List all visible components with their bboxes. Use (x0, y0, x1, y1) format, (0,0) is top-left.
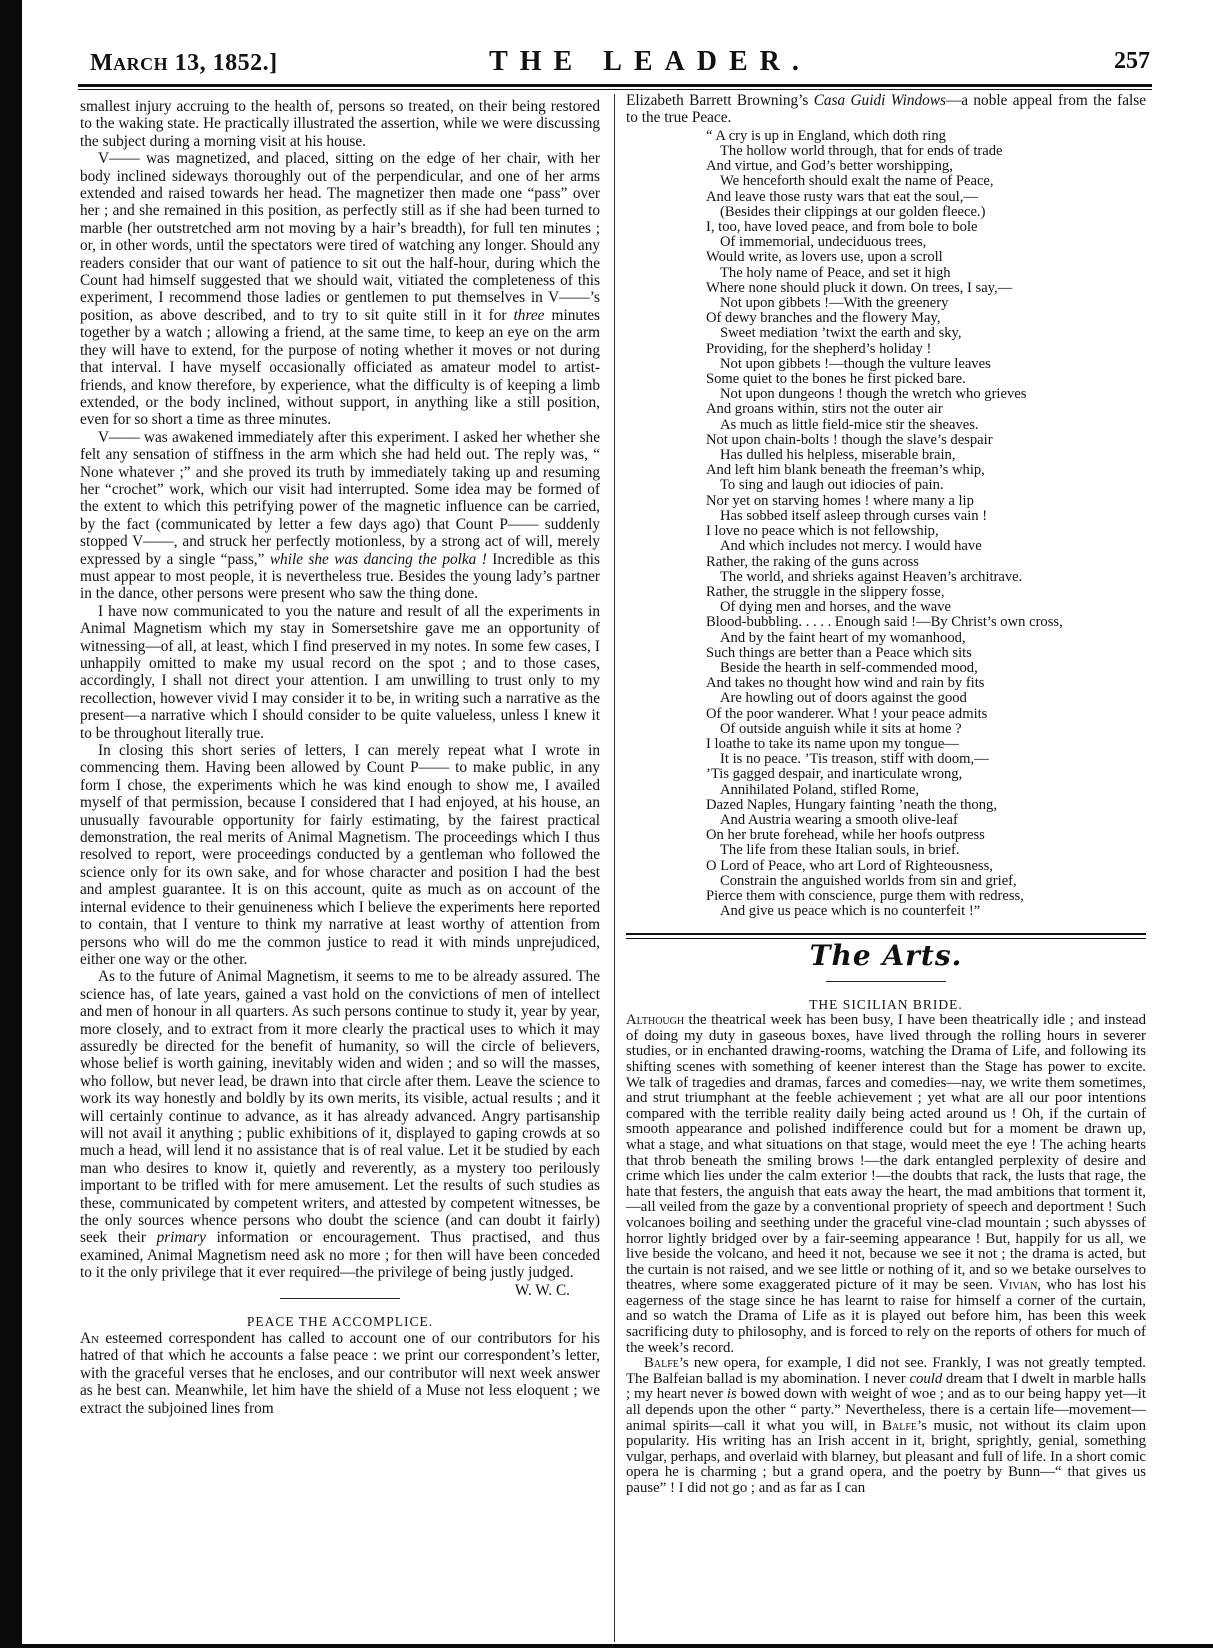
poem-line: O Lord of Peace, who art Lord of Righteo… (706, 859, 1146, 874)
poem-line: It is no peace. ’Tis treason, stiff with… (706, 752, 1146, 767)
poem-line: (Besides their clippings at our golden f… (706, 205, 1146, 220)
scan-bottom-edge (0, 1644, 1213, 1648)
date-rest: 13, 1852.] (168, 50, 278, 76)
poem-line: Rather, the struggle in the slippery fos… (706, 585, 1146, 600)
date-smallcaps: ARCH (113, 54, 168, 74)
poem-line: The world, and shrieks against Heaven’s … (706, 570, 1146, 585)
poem-line: Not upon gibbets !—With the greenery (706, 296, 1146, 311)
poem-line: Dazed Naples, Hungary fainting ’neath th… (706, 798, 1146, 813)
article-heading-peace: PEACE THE ACCOMPLICE. (80, 1313, 600, 1330)
poem-line: And Austria wearing a smooth olive-leaf (706, 813, 1146, 828)
poem-line: Would write, as lovers use, upon a scrol… (706, 250, 1146, 265)
poem-line: Not upon gibbets !—though the vulture le… (706, 357, 1146, 372)
masthead-rule (78, 84, 1152, 90)
poem-line: And by the faint heart of my womanhood, (706, 631, 1146, 646)
poem-line: Beside the hearth in self-commended mood… (706, 661, 1146, 676)
newspaper-title: THE LEADER. (420, 46, 880, 78)
poem-line: And takes no thought how wind and rain b… (706, 676, 1146, 691)
paragraph: As to the future of Animal Magnetism, it… (80, 968, 600, 1281)
paragraph: V—— was magnetized, and placed, sitting … (80, 150, 600, 429)
poem-line: The holy name of Peace, and set it high (706, 266, 1146, 281)
poem-line: Not upon chain-bolts ! though the slave’… (706, 433, 1146, 448)
poem-line: ’Tis gagged despair, and inarticulate wr… (706, 767, 1146, 782)
poem-line: Rather, the raking of the guns across (706, 555, 1146, 570)
poem-line: And leave those rusty wars that eat the … (706, 190, 1146, 205)
page-number: 257 (1114, 48, 1150, 75)
poem-line: Are howling out of doors against the goo… (706, 691, 1146, 706)
poem-line: The life from these Italian souls, in br… (706, 843, 1146, 858)
poem-line: The hollow world through, that for ends … (706, 144, 1146, 159)
poem-line: I loathe to take its name upon my tongue… (706, 737, 1146, 752)
paragraph: I have now communicated to you the natur… (80, 603, 600, 742)
author-signature: W. W. C. (497, 1282, 570, 1299)
poem-line: I love no peace which is not fellowship, (706, 524, 1146, 539)
poem-line: And left him blank beneath the freeman’s… (706, 463, 1146, 478)
poem-line: Constrain the anguished worlds from sin … (706, 874, 1146, 889)
poem-intro: Elizabeth Barrett Browning’s Casa Guidi … (626, 92, 1146, 127)
poem-line: Of immemorial, undeciduous trees, (706, 235, 1146, 250)
poem-line: And virtue, and God’s better worshipping… (706, 159, 1146, 174)
poem-line: Of dying men and horses, and the wave (706, 600, 1146, 615)
poem-line: Of outside anguish while it sits at home… (706, 722, 1146, 737)
issue-date: MARCH 13, 1852.] (90, 50, 278, 77)
poem-line: On her brute forehead, while her hoofs o… (706, 828, 1146, 843)
article-heading-sicilian-bride: THE SICILIAN BRIDE. (626, 996, 1146, 1013)
paragraph: smallest injury accruing to the health o… (80, 98, 600, 150)
poem-line: “ A cry is up in England, which doth rin… (706, 129, 1146, 144)
section-title-the-arts: The Arts. (626, 947, 1146, 964)
poem-line: Of dewy branches and the flowery May, (706, 311, 1146, 326)
poem-line: Some quiet to the bones he first picked … (706, 372, 1146, 387)
poem-line: Such things are better than a Peace whic… (706, 646, 1146, 661)
paragraph: An esteemed correspondent has called to … (80, 1330, 600, 1417)
poem-casa-guidi-windows: “ A cry is up in England, which doth rin… (706, 129, 1146, 920)
poem-line: We henceforth should exalt the name of P… (706, 174, 1146, 189)
section-rule (826, 981, 946, 982)
poem-line: Sweet mediation ’twixt the earth and sky… (706, 326, 1146, 341)
poem-line: Providing, for the shepherd’s holiday ! (706, 342, 1146, 357)
paragraph: V—— was awakened immediately after this … (80, 429, 600, 603)
paragraph: Although the theatrical week has been bu… (626, 1013, 1146, 1356)
poem-line: Blood-bubbling. . . . . Enough said !—By… (706, 615, 1146, 630)
poem-line: As much as little field-mice stir the sh… (706, 418, 1146, 433)
poem-line: And give us peace which is no counterfei… (706, 904, 1146, 919)
poem-line: And which includes not mercy. I would ha… (706, 539, 1146, 554)
poem-line: Of the poor wanderer. What ! your peace … (706, 707, 1146, 722)
poem-line: I, too, have loved peace, and from bole … (706, 220, 1146, 235)
masthead: MARCH 13, 1852.] THE LEADER. 257 (90, 44, 1150, 84)
poem-line: Has dulled his helpless, miserable brain… (706, 448, 1146, 463)
column-divider (614, 94, 615, 1642)
poem-line: Pierce them with conscience, purge them … (706, 889, 1146, 904)
poem-line: Where none should pluck it down. On tree… (706, 281, 1146, 296)
poem-line: Annihilated Poland, stifled Rome, (706, 783, 1146, 798)
paragraph: Balfe’s new opera, for example, I did no… (626, 1356, 1146, 1496)
paragraph: In closing this short series of letters,… (80, 742, 600, 968)
date-initial: M (90, 50, 113, 76)
scan-binding-edge (0, 0, 22, 1648)
poem-line: To sing and laugh out idiocies of pain. (706, 478, 1146, 493)
poem-line: Nor yet on starving homes ! where many a… (706, 494, 1146, 509)
poem-line: Not upon dungeons ! though the wretch wh… (706, 387, 1146, 402)
poem-line: Has sobbed itself asleep through curses … (706, 509, 1146, 524)
right-column: Elizabeth Barrett Browning’s Casa Guidi … (626, 92, 1146, 1497)
poem-line: And groans within, stirs not the outer a… (706, 402, 1146, 417)
left-column: smallest injury accruing to the health o… (80, 98, 600, 1417)
section-rule (280, 1298, 400, 1299)
